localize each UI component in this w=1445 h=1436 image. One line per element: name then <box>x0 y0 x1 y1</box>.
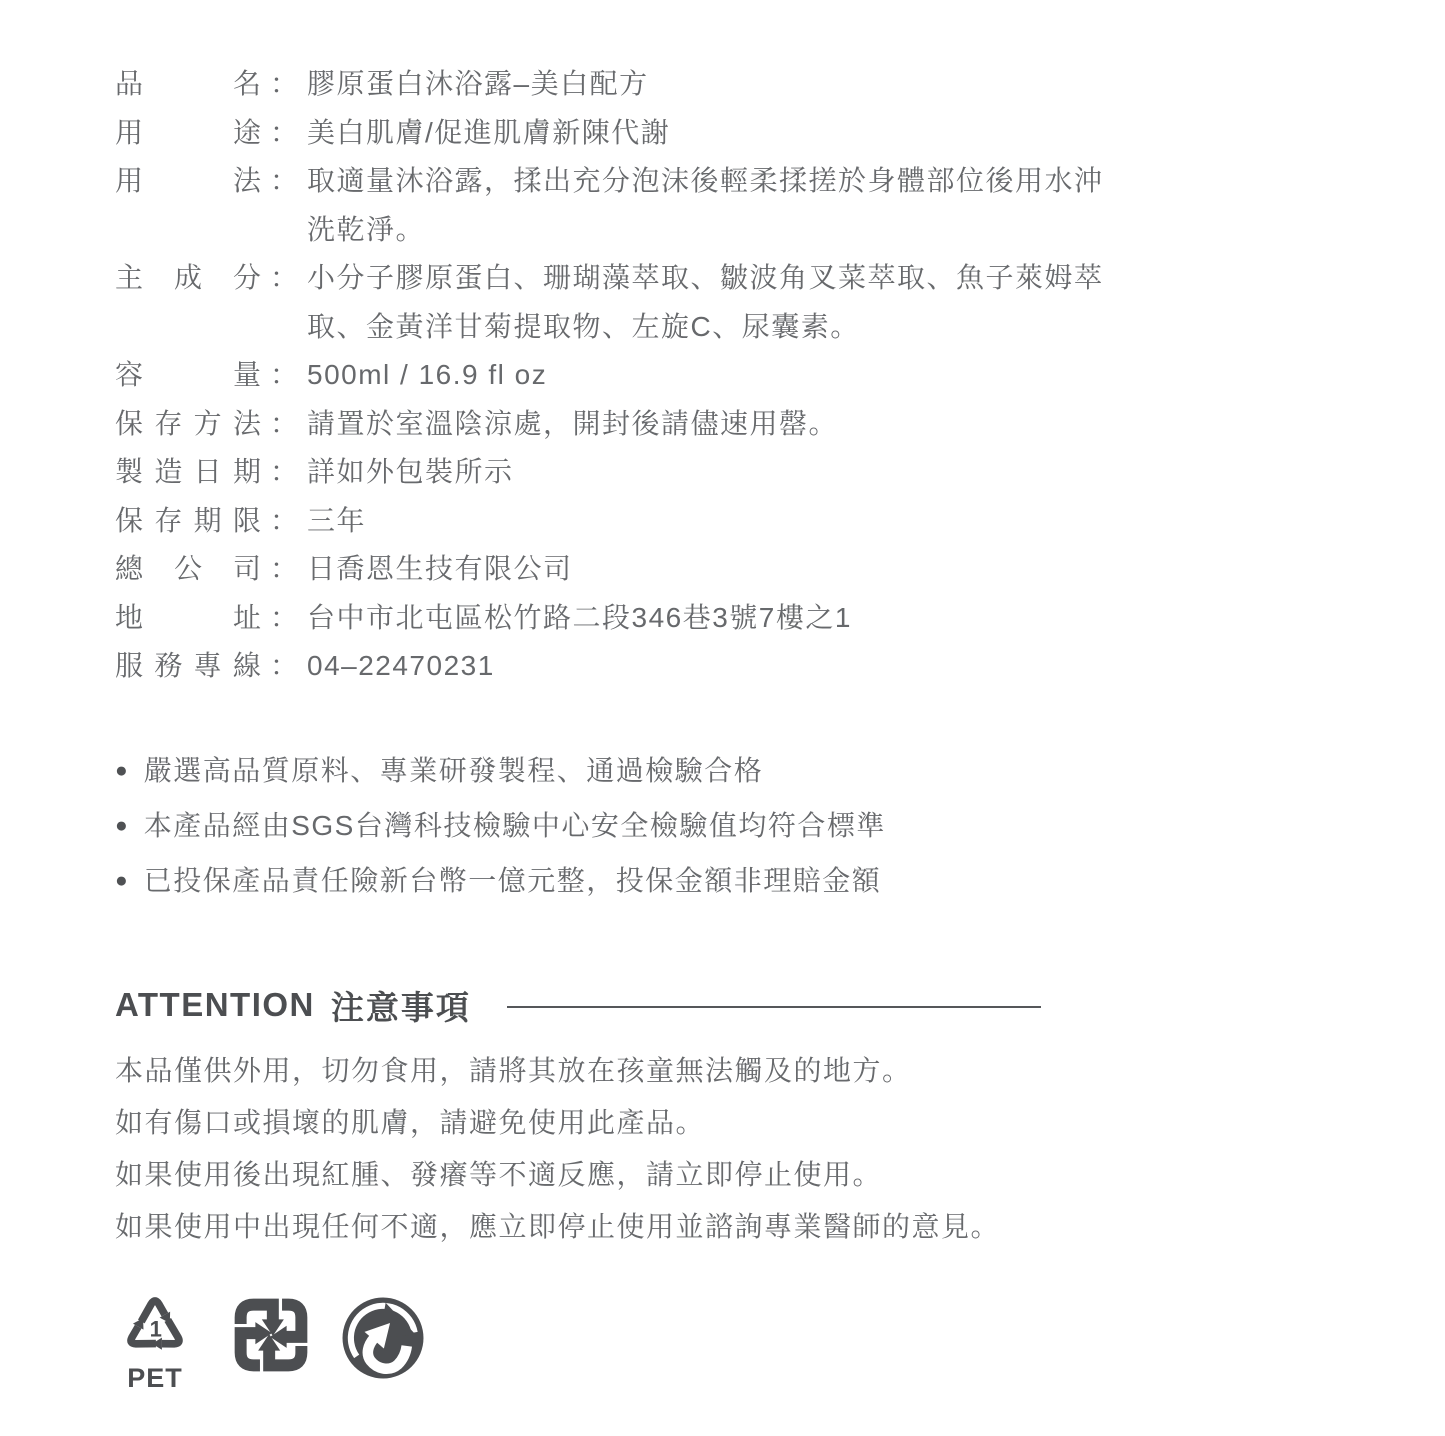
attention-header: ATTENTION 注意事項 <box>115 982 1041 1029</box>
info-value: 詳如外包裝所示 <box>307 448 1107 497</box>
info-label: 用 法 <box>115 157 261 254</box>
bullet-icon: ● <box>115 853 128 908</box>
info-label: 服 務 專 線 <box>115 642 261 691</box>
info-row-volume: 容 量 ： 500ml / 16.9 fl oz <box>115 351 1115 400</box>
info-label: 地 址 <box>115 594 261 643</box>
feature-list: ● 嚴選高品質原料、專業研發製程、通過檢驗合格 ● 本產品經由SGS台灣科技檢驗… <box>115 743 1445 908</box>
bullet-icon: ● <box>115 798 128 853</box>
pet-recycling-triangle-icon: 1 <box>117 1285 193 1361</box>
warning-line: 本品僅供外用，切勿食用，請將其放在孩童無法觸及的地方。 <box>115 1045 1445 1097</box>
pet-number-1: 1 <box>150 1316 162 1341</box>
info-label: 保 存 期 限 <box>115 497 261 546</box>
attention-title-en: ATTENTION <box>115 986 315 1024</box>
info-colon: ： <box>261 109 307 158</box>
attention-title-zh: 注意事項 <box>331 982 471 1029</box>
bullet-icon: ● <box>115 743 128 798</box>
info-value: 台中市北屯區松竹路二段346巷3號7樓之1 <box>307 594 1107 643</box>
info-value: 小分子膠原蛋白、珊瑚藻萃取、皺波角叉菜萃取、魚子萊姆萃取、金黃洋甘菊提取物、左旋… <box>307 254 1107 351</box>
info-colon: ： <box>261 400 307 449</box>
warning-line: 如果使用後出現紅腫、發癢等不適反應，請立即停止使用。 <box>115 1149 1445 1201</box>
info-value: 取適量沐浴露，揉出充分泡沫後輕柔揉搓於身體部位後用水沖洗乾淨。 <box>307 157 1107 254</box>
info-colon: ： <box>261 448 307 497</box>
info-value: 04–22470231 <box>307 642 1107 691</box>
info-row-directions: 用 法 ： 取適量沐浴露，揉出充分泡沫後輕柔揉搓於身體部位後用水沖洗乾淨。 <box>115 157 1115 254</box>
feature-item: ● 嚴選高品質原料、專業研發製程、通過檢驗合格 <box>115 743 1445 798</box>
info-colon: ： <box>261 157 307 254</box>
info-colon: ： <box>261 545 307 594</box>
pet-label: PET <box>115 1363 195 1394</box>
info-row-storage: 保 存 方 法 ： 請置於室溫陰涼處，開封後請儘速用罄。 <box>115 400 1115 449</box>
info-label: 品 名 <box>115 60 261 109</box>
info-row-company: 總 公 司 ： 日喬恩生技有限公司 <box>115 545 1115 594</box>
warning-line: 如果使用中出現任何不適，應立即停止使用並諮詢專業醫師的意見。 <box>115 1201 1445 1253</box>
recycling-icons-row: 1 PET <box>115 1285 1445 1394</box>
product-info-list: 品 名 ： 膠原蛋白沐浴露–美白配方 用 途 ： 美白肌膚/促進肌膚新陳代謝 用… <box>115 60 1115 691</box>
feature-text: 已投保產品責任險新台幣一億元整，投保金額非理賠金額 <box>144 853 882 908</box>
info-row-shelf-life: 保 存 期 限 ： 三年 <box>115 497 1115 546</box>
info-label: 總 公 司 <box>115 545 261 594</box>
feature-text: 嚴選高品質原料、專業研發製程、通過檢驗合格 <box>144 743 764 798</box>
feature-item: ● 本產品經由SGS台灣科技檢驗中心安全檢驗值均符合標準 <box>115 798 1445 853</box>
info-value: 美白肌膚/促進肌膚新陳代謝 <box>307 109 1107 158</box>
warning-line: 如有傷口或損壞的肌膚，請避免使用此產品。 <box>115 1097 1445 1149</box>
product-label-page: 品 名 ： 膠原蛋白沐浴露–美白配方 用 途 ： 美白肌膚/促進肌膚新陳代謝 用… <box>0 0 1445 1436</box>
pet-recycling-block: 1 PET <box>115 1285 195 1394</box>
info-row-ingredients: 主 成 分 ： 小分子膠原蛋白、珊瑚藻萃取、皺波角叉菜萃取、魚子萊姆萃取、金黃洋… <box>115 254 1115 351</box>
info-colon: ： <box>261 642 307 691</box>
info-colon: ： <box>261 351 307 400</box>
info-value: 膠原蛋白沐浴露–美白配方 <box>307 60 1107 109</box>
warning-list: 本品僅供外用，切勿食用，請將其放在孩童無法觸及的地方。 如有傷口或損壞的肌膚，請… <box>115 1045 1445 1253</box>
info-colon: ： <box>261 254 307 351</box>
attention-divider-line <box>507 1006 1041 1008</box>
info-value: 日喬恩生技有限公司 <box>307 545 1107 594</box>
info-value: 500ml / 16.9 fl oz <box>307 351 1107 400</box>
info-label: 用 途 <box>115 109 261 158</box>
info-row-product-name: 品 名 ： 膠原蛋白沐浴露–美白配方 <box>115 60 1115 109</box>
feature-text: 本產品經由SGS台灣科技檢驗中心安全檢驗值均符合標準 <box>144 798 886 853</box>
info-label: 製 造 日 期 <box>115 448 261 497</box>
info-row-mfg-date: 製 造 日 期 ： 詳如外包裝所示 <box>115 448 1115 497</box>
info-row-service-line: 服 務 專 線 ： 04–22470231 <box>115 642 1115 691</box>
green-dot-icon <box>339 1294 427 1382</box>
taiwan-recycling-icon <box>225 1289 317 1381</box>
info-label: 容 量 <box>115 351 261 400</box>
info-value: 請置於室溫陰涼處，開封後請儘速用罄。 <box>307 400 1107 449</box>
info-colon: ： <box>261 497 307 546</box>
info-label: 主 成 分 <box>115 254 261 351</box>
info-colon: ： <box>261 60 307 109</box>
info-value: 三年 <box>307 497 1107 546</box>
info-row-usage: 用 途 ： 美白肌膚/促進肌膚新陳代謝 <box>115 109 1115 158</box>
feature-item: ● 已投保產品責任險新台幣一億元整，投保金額非理賠金額 <box>115 853 1445 908</box>
info-colon: ： <box>261 594 307 643</box>
info-label: 保 存 方 法 <box>115 400 261 449</box>
info-row-address: 地 址 ： 台中市北屯區松竹路二段346巷3號7樓之1 <box>115 594 1115 643</box>
